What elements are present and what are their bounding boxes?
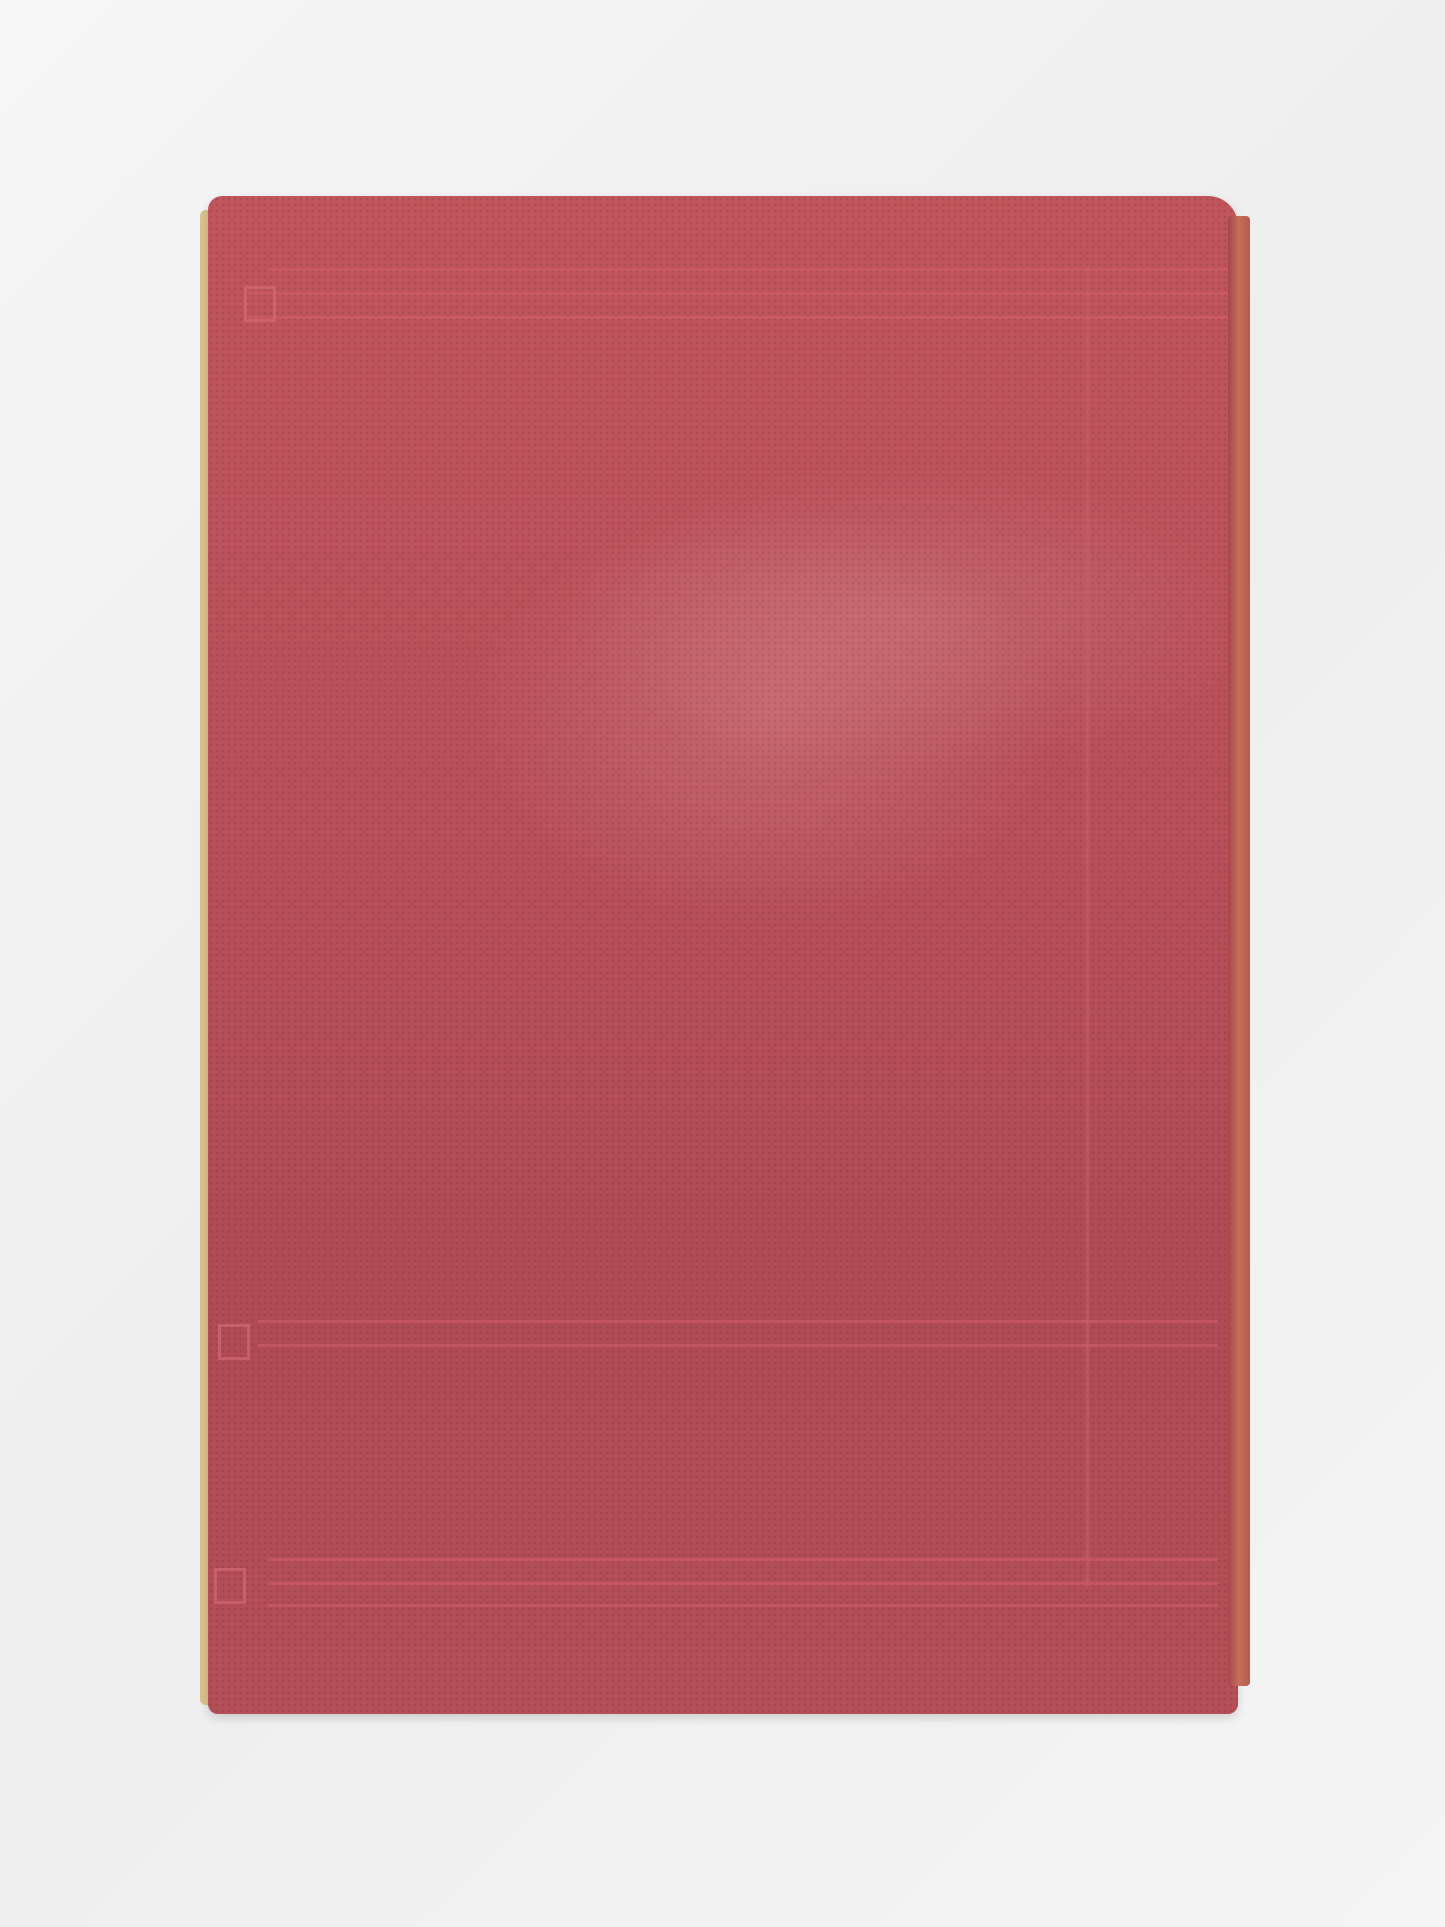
lower-corner-ornament bbox=[218, 1324, 250, 1360]
top-corner-ornament bbox=[244, 286, 276, 322]
lower-border-line-2 bbox=[258, 1344, 1218, 1347]
lower-border-line-1 bbox=[258, 1320, 1218, 1323]
bottom-border-line-3 bbox=[268, 1604, 1218, 1607]
bottom-border-line-1 bbox=[268, 1558, 1218, 1561]
book-cover bbox=[208, 196, 1238, 1714]
top-border-line-1 bbox=[268, 268, 1228, 271]
right-border-line bbox=[1086, 266, 1089, 1586]
top-border-line-3 bbox=[248, 316, 1228, 319]
cloth-texture bbox=[208, 196, 1238, 1714]
top-border-line-2 bbox=[248, 292, 1228, 295]
book-spine-edge bbox=[1228, 216, 1250, 1686]
bottom-border-line-2 bbox=[268, 1582, 1218, 1585]
bottom-corner-ornament bbox=[214, 1568, 246, 1604]
